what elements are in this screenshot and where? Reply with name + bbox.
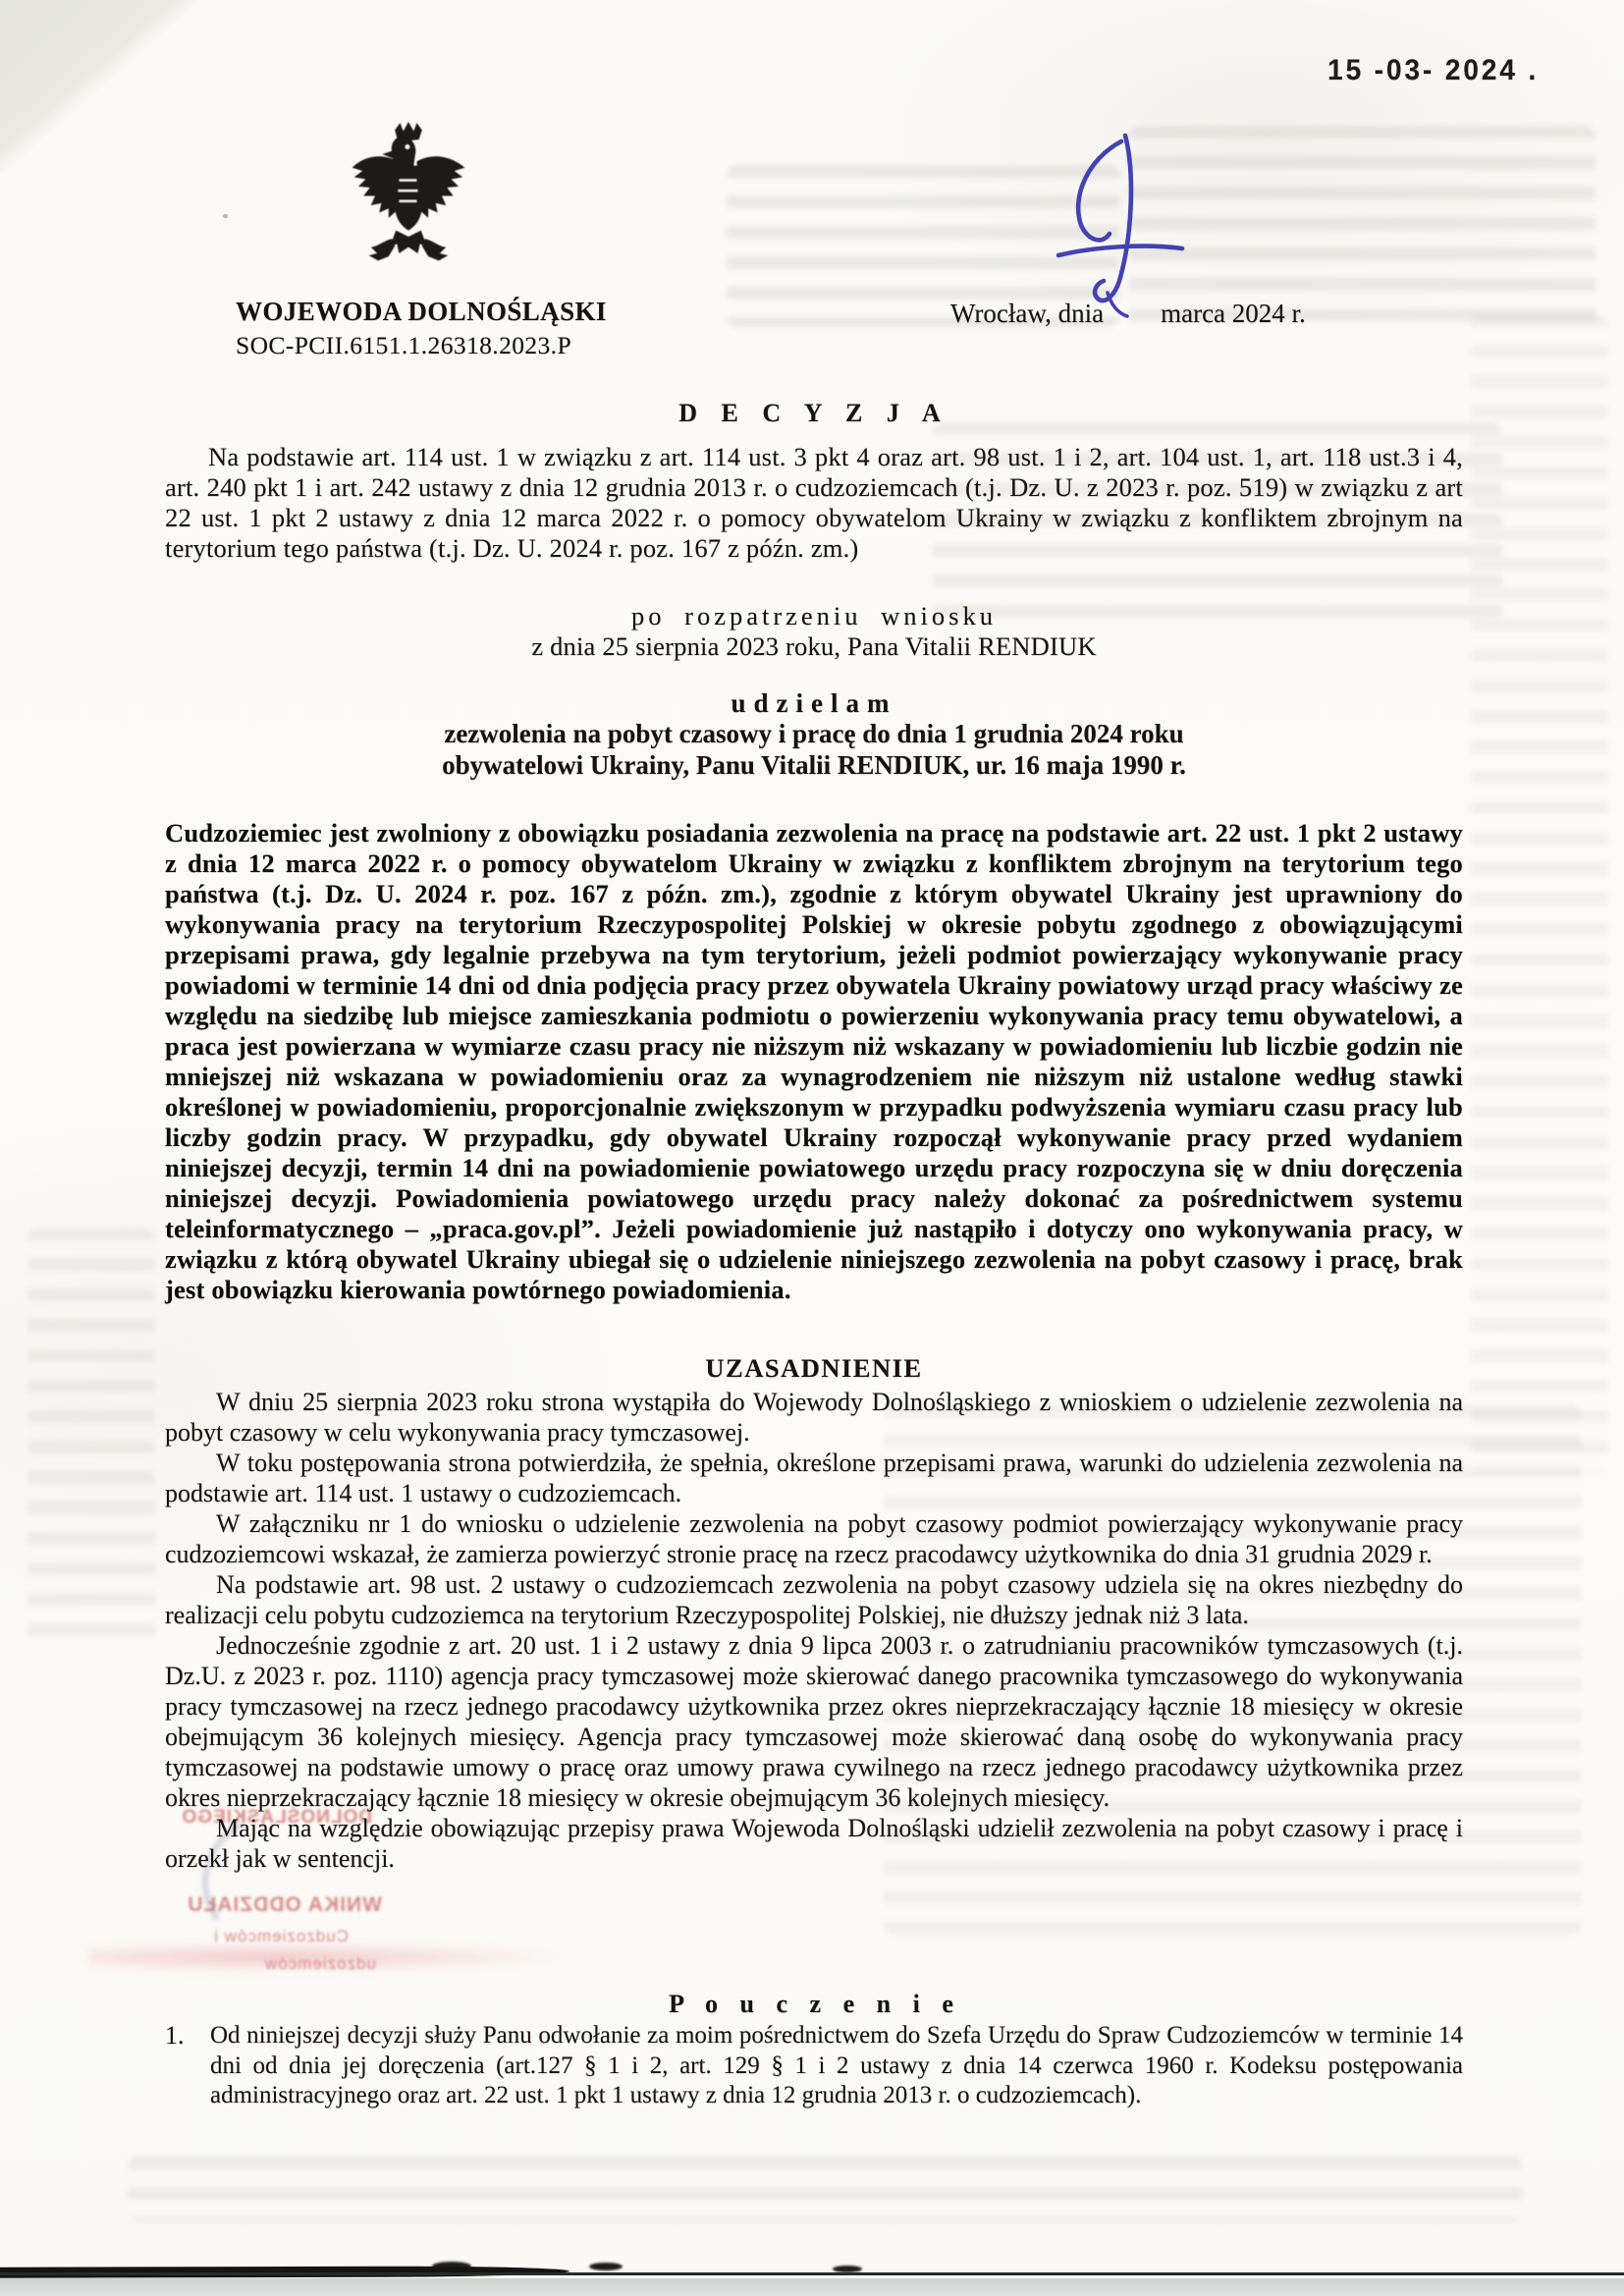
justification-paragraph: Na podstawie art. 98 ust. 2 ustawy o cud… xyxy=(165,1569,1463,1630)
application-line: z dnia 25 sierpnia 2023 roku, Pana Vital… xyxy=(165,631,1463,662)
instruction-item-text: Od niniejszej decyzji służy Panu odwołan… xyxy=(165,2021,1463,2111)
stamp-smudge xyxy=(88,1942,560,1972)
after-review-line: po rozpatrzeniu wniosku xyxy=(165,601,1463,631)
scan-edge-bump xyxy=(833,2266,862,2272)
work-permit-exemption-paragraph: Cudzoziemiec jest zwolniony z obowiązku … xyxy=(165,818,1463,1305)
authority-name: WOJEWODA DOLNOŚLĄSKI xyxy=(236,297,607,327)
bleedthrough-text-ghost xyxy=(1471,314,1608,1473)
instruction-item-1: 1. Od niniejszej decyzji służy Panu odwo… xyxy=(165,2021,1463,2111)
received-date-stamp: 15 -03- 2024 . xyxy=(1327,54,1539,87)
legal-basis-paragraph: Na podstawie art. 114 ust. 1 w związku z… xyxy=(165,442,1463,564)
polish-eagle-emblem-icon xyxy=(346,122,471,287)
justification-body: W dniu 25 sierpnia 2023 roku strona wyst… xyxy=(165,1387,1463,1874)
scan-bottom-strip xyxy=(0,2278,1624,2296)
scan-speck xyxy=(223,214,228,218)
bleedthrough-text-ghost xyxy=(27,1228,155,1650)
instruction-title: P o u c z e n i e xyxy=(165,1990,1463,2019)
scan-corner-fold xyxy=(0,0,196,172)
case-number: SOC-PCII.6151.1.26318.2023.P xyxy=(236,331,571,360)
justification-paragraph: W załączniku nr 1 do wniosku o udzieleni… xyxy=(165,1508,1463,1569)
grant-word: udzielam xyxy=(165,688,1463,719)
justification-paragraph: Mając na względzie obowiązując przepisy … xyxy=(165,1813,1463,1874)
grant-beneficiary-line: obywatelowi Ukrainy, Panu Vitalii RENDIU… xyxy=(165,750,1463,781)
justification-paragraph: W toku postępowania strona potwierdziła,… xyxy=(165,1448,1463,1508)
bleedthrough-text-ghost xyxy=(1129,126,1596,327)
justification-paragraph: Jednocześnie zgodnie z art. 20 ust. 1 i … xyxy=(165,1630,1463,1813)
bleedthrough-text-ghost xyxy=(128,2157,1522,2221)
instruction-item-number: 1. xyxy=(165,2021,185,2051)
handwritten-pen-mark xyxy=(1047,126,1194,322)
scan-edge-bump xyxy=(589,2263,623,2270)
justification-title: UZASADNIENIE xyxy=(165,1353,1463,1384)
scan-bottom-line xyxy=(0,2272,1624,2275)
justification-paragraph: W dniu 25 sierpnia 2023 roku strona wyst… xyxy=(165,1387,1463,1448)
scanned-decision-document: DOLNOŚLĄSKIEGO WNIKA ODDZIAŁU Cudzoziemc… xyxy=(0,0,1624,2296)
grant-scope-line: zezwolenia na pobyt czasowy i pracę do d… xyxy=(165,719,1463,749)
decision-title: D E C Y Z J A xyxy=(165,399,1463,428)
